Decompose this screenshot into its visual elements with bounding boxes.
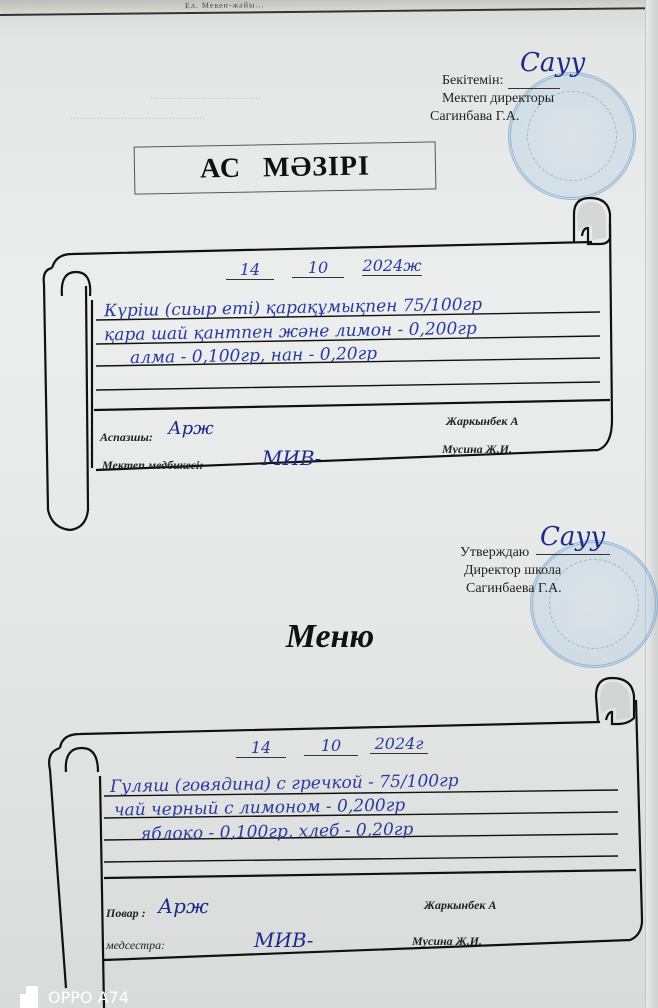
date-month-kz: 10 [292, 258, 344, 278]
director-signature: Сауу [540, 522, 606, 552]
date-day-ru: 14 [236, 738, 286, 758]
nurse-label-ru: медсестра: [106, 938, 165, 953]
cook-name-kz: Жаркынбек А [446, 414, 519, 429]
director-name: Сагинбаева Г.А. [466, 580, 562, 598]
camera-watermark-text: OPPO A74 [48, 988, 129, 1007]
cook-label-kz: Аспазшы: [100, 430, 153, 445]
scroll-frames [0, 0, 658, 1008]
page-title-ru: Меню [230, 618, 430, 656]
date-year-ru: 2024г [370, 734, 428, 754]
camera-watermark: OPPO A74 [20, 986, 129, 1008]
date-month-ru: 10 [304, 736, 358, 756]
signature-line [536, 554, 610, 555]
nurse-name-kz: Мусина Ж.И. [442, 442, 512, 457]
date-year-kz: 2024ж [362, 256, 422, 276]
director-title: Директор школа [464, 562, 562, 580]
nurse-name-ru: Мусина Ж.И. [412, 934, 482, 949]
cook-label-ru: Повар : [106, 906, 146, 921]
camera-brand-icon [20, 986, 38, 1008]
date-day-kz: 14 [226, 260, 274, 280]
cook-signature-ru: Арж [158, 894, 209, 918]
cook-name-ru: Жаркынбек А [424, 898, 497, 913]
approval-block-ru: Утверждаю Директор школа Сагинбаева Г.А. [460, 544, 562, 598]
nurse-signature-ru: МИВ- [254, 928, 313, 952]
nurse-signature-kz: МИВ- [262, 446, 321, 470]
nurse-label-kz: Мектеп медбикесі: [102, 458, 203, 473]
cook-signature-kz: Арж [168, 418, 214, 439]
